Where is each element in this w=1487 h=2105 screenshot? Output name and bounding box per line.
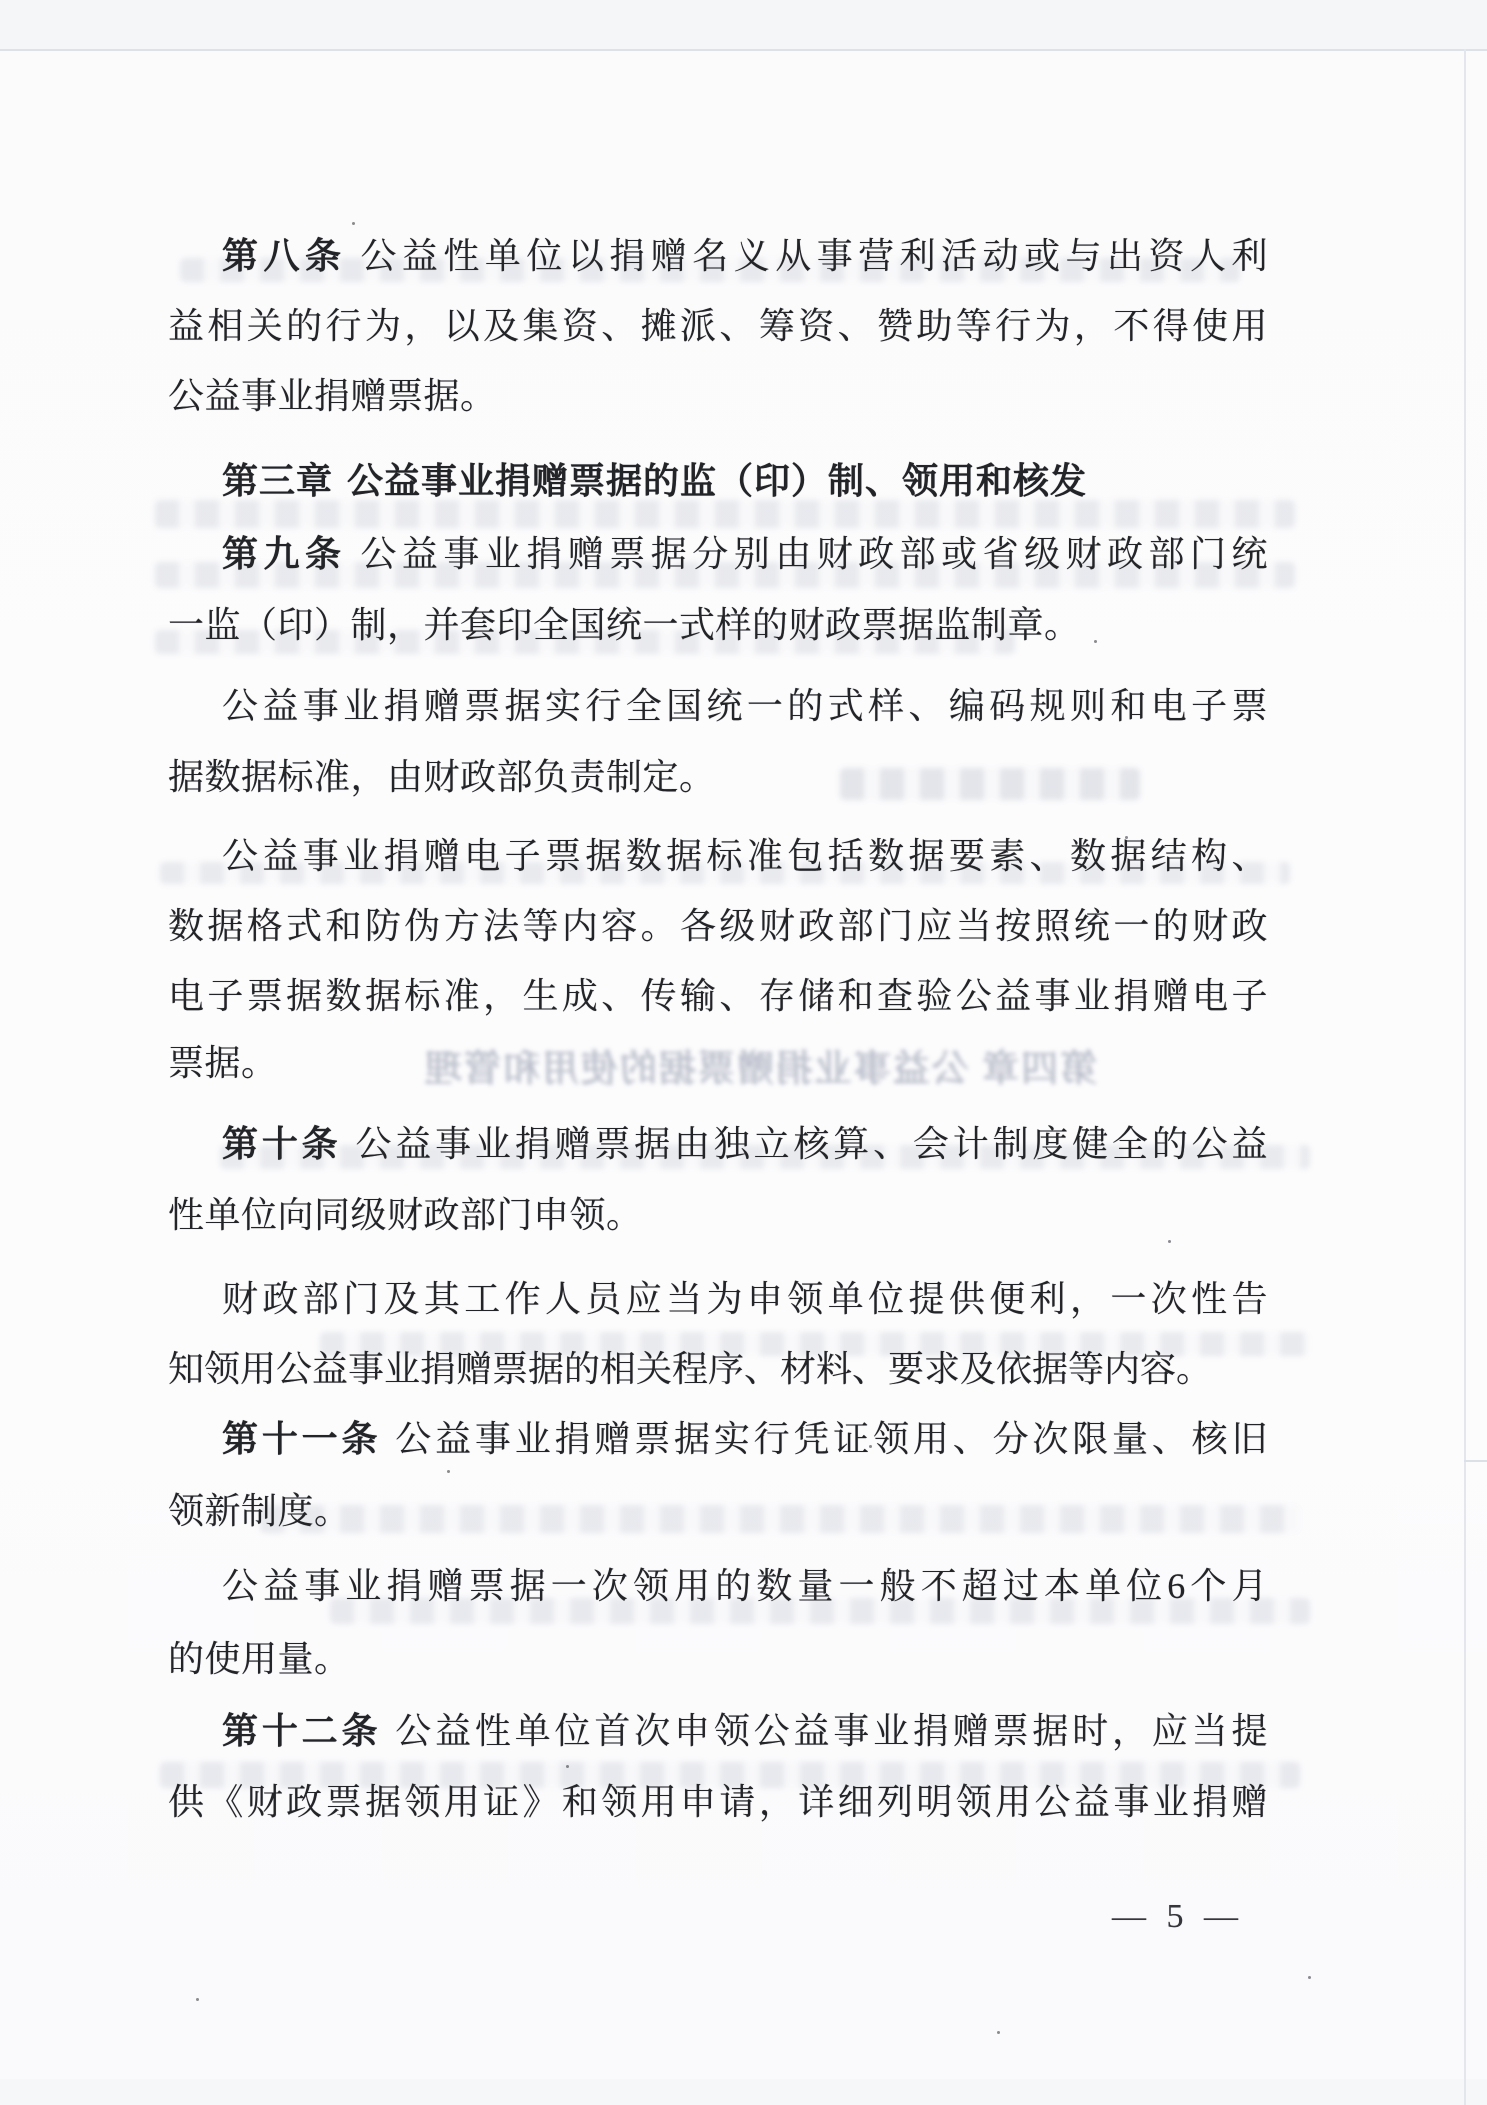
scanned-page: 第四章 公益事业捐赠票据的使用和管理 第八条公益性单位以捐赠名义从事营利活动或与…	[0, 0, 1487, 2105]
scan-speck	[196, 1998, 199, 2001]
bleedthrough-smudge	[260, 1505, 1300, 1533]
text-line: 财政部门及其工作人员应当为申领单位提供便利，一次性告	[222, 1276, 1268, 1322]
scan-speck	[447, 1470, 450, 1473]
text-line: 公益事业捐赠票据实行全国统一的式样、编码规则和电子票	[222, 683, 1268, 729]
line-text: 公益事业捐赠票据的监（印）制、领用和核发	[347, 461, 1087, 501]
text-line: 公益事业捐赠电子票据数据标准包括数据要素、数据结构、	[222, 833, 1268, 879]
scan-speck	[566, 1765, 569, 1768]
text-line: 公益事业捐赠票据一次领用的数量一般不超过本单位6个月	[222, 1563, 1268, 1609]
text-line: 一监（印）制，并套印全国统一式样的财政票据监制章。	[168, 602, 1081, 648]
scan-speck	[352, 222, 355, 225]
line-text: 知领用公益事业捐赠票据的相关程序、材料、要求及依据等内容。	[168, 1349, 1212, 1389]
line-text: 益相关的行为，以及集资、摊派、筹资、赞助等行为，不得使用	[168, 306, 1268, 346]
chapter-number: 第三章	[222, 461, 333, 501]
text-line: 第十条公益事业捐赠票据由独立核算、会计制度健全的公益	[222, 1121, 1268, 1167]
text-line: 公益事业捐赠票据。	[168, 373, 497, 419]
scan-edge-line	[1464, 49, 1466, 2105]
text-line: 据数据标准，由财政部负责制定。	[168, 754, 716, 800]
scan-speck	[1168, 1240, 1171, 1243]
text-line: 第九条公益事业捐赠票据分别由财政部或省级财政部门统	[222, 531, 1268, 577]
line-text: 公益事业捐赠票据由独立核算、会计制度健全的公益	[355, 1124, 1268, 1164]
page-number: — 5 —	[1112, 1898, 1244, 1936]
text-line: 性单位向同级财政部门申领。	[168, 1192, 643, 1238]
scan-speck	[1308, 1976, 1311, 1979]
scan-speck	[1094, 640, 1097, 643]
line-text: 公益事业捐赠票据一次领用的数量一般不超过本单位6个月	[222, 1566, 1268, 1606]
line-text: 公益性单位以捐赠名义从事营利活动或与出资人利	[360, 236, 1268, 276]
line-text: 公益性单位首次申领公益事业捐赠票据时，应当提	[395, 1711, 1268, 1751]
line-text: 公益事业捐赠票据实行全国统一的式样、编码规则和电子票	[222, 686, 1268, 726]
text-line: 供《财政票据领用证》和领用申请，详细列明领用公益事业捐赠	[168, 1779, 1268, 1825]
scan-speck	[997, 2031, 1000, 2034]
text-line: 知领用公益事业捐赠票据的相关程序、材料、要求及依据等内容。	[168, 1346, 1212, 1392]
text-line: 领新制度。	[168, 1488, 351, 1534]
line-text: 公益事业捐赠电子票据数据标准包括数据要素、数据结构、	[222, 836, 1268, 876]
scan-top-strip	[0, 0, 1487, 49]
line-text: 领新制度。	[168, 1491, 351, 1531]
bleedthrough-smudge	[155, 500, 1295, 528]
text-line: 第十一条公益事业捐赠票据实行凭证领用、分次限量、核旧	[222, 1416, 1268, 1462]
chapter-heading: 第三章公益事业捐赠票据的监（印）制、领用和核发	[222, 458, 1087, 504]
article-number: 第十一条	[222, 1419, 381, 1459]
line-text: 公益事业捐赠票据实行凭证领用、分次限量、核旧	[395, 1419, 1268, 1459]
article-number: 第九条	[222, 534, 346, 574]
text-line: 益相关的行为，以及集资、摊派、筹资、赞助等行为，不得使用	[168, 303, 1268, 349]
line-text: 公益事业捐赠票据分别由财政部或省级财政部门统	[360, 534, 1268, 574]
article-number: 第十二条	[222, 1711, 381, 1751]
scan-edge-line	[1464, 1460, 1487, 1462]
scan-edge-line	[0, 49, 1487, 51]
text-line: 第八条公益性单位以捐赠名义从事营利活动或与出资人利	[222, 233, 1268, 279]
bleedthrough-smudge	[840, 768, 1140, 800]
text-line: 第十二条公益性单位首次申领公益事业捐赠票据时，应当提	[222, 1708, 1268, 1754]
line-text: 供《财政票据领用证》和领用申请，详细列明领用公益事业捐赠	[168, 1782, 1268, 1822]
line-text: 据数据标准，由财政部负责制定。	[168, 757, 716, 797]
line-text: 电子票据数据标准，生成、传输、存储和查验公益事业捐赠电子	[168, 976, 1268, 1016]
line-text: 性单位向同级财政部门申领。	[168, 1195, 643, 1235]
line-text: 票据。	[168, 1043, 278, 1083]
article-number: 第十条	[222, 1124, 341, 1164]
line-text: 公益事业捐赠票据。	[168, 376, 497, 416]
text-line: 票据。	[168, 1040, 278, 1086]
text-line: 的使用量。	[168, 1636, 351, 1682]
text-line: 电子票据数据标准，生成、传输、存储和查验公益事业捐赠电子	[168, 973, 1268, 1019]
article-number: 第八条	[222, 236, 346, 276]
line-text: 财政部门及其工作人员应当为申领单位提供便利，一次性告	[222, 1279, 1268, 1319]
line-text: 的使用量。	[168, 1639, 351, 1679]
text-line: 数据格式和防伪方法等内容。各级财政部门应当按照统一的财政	[168, 903, 1268, 949]
line-text: 一监（印）制，并套印全国统一式样的财政票据监制章。	[168, 605, 1081, 645]
bleedthrough-mirror-text: 第四章 公益事业捐赠票据的使用和管理	[390, 1038, 1130, 1092]
line-text: 数据格式和防伪方法等内容。各级财政部门应当按照统一的财政	[168, 906, 1268, 946]
scan-bottom-strip	[0, 2079, 1487, 2105]
